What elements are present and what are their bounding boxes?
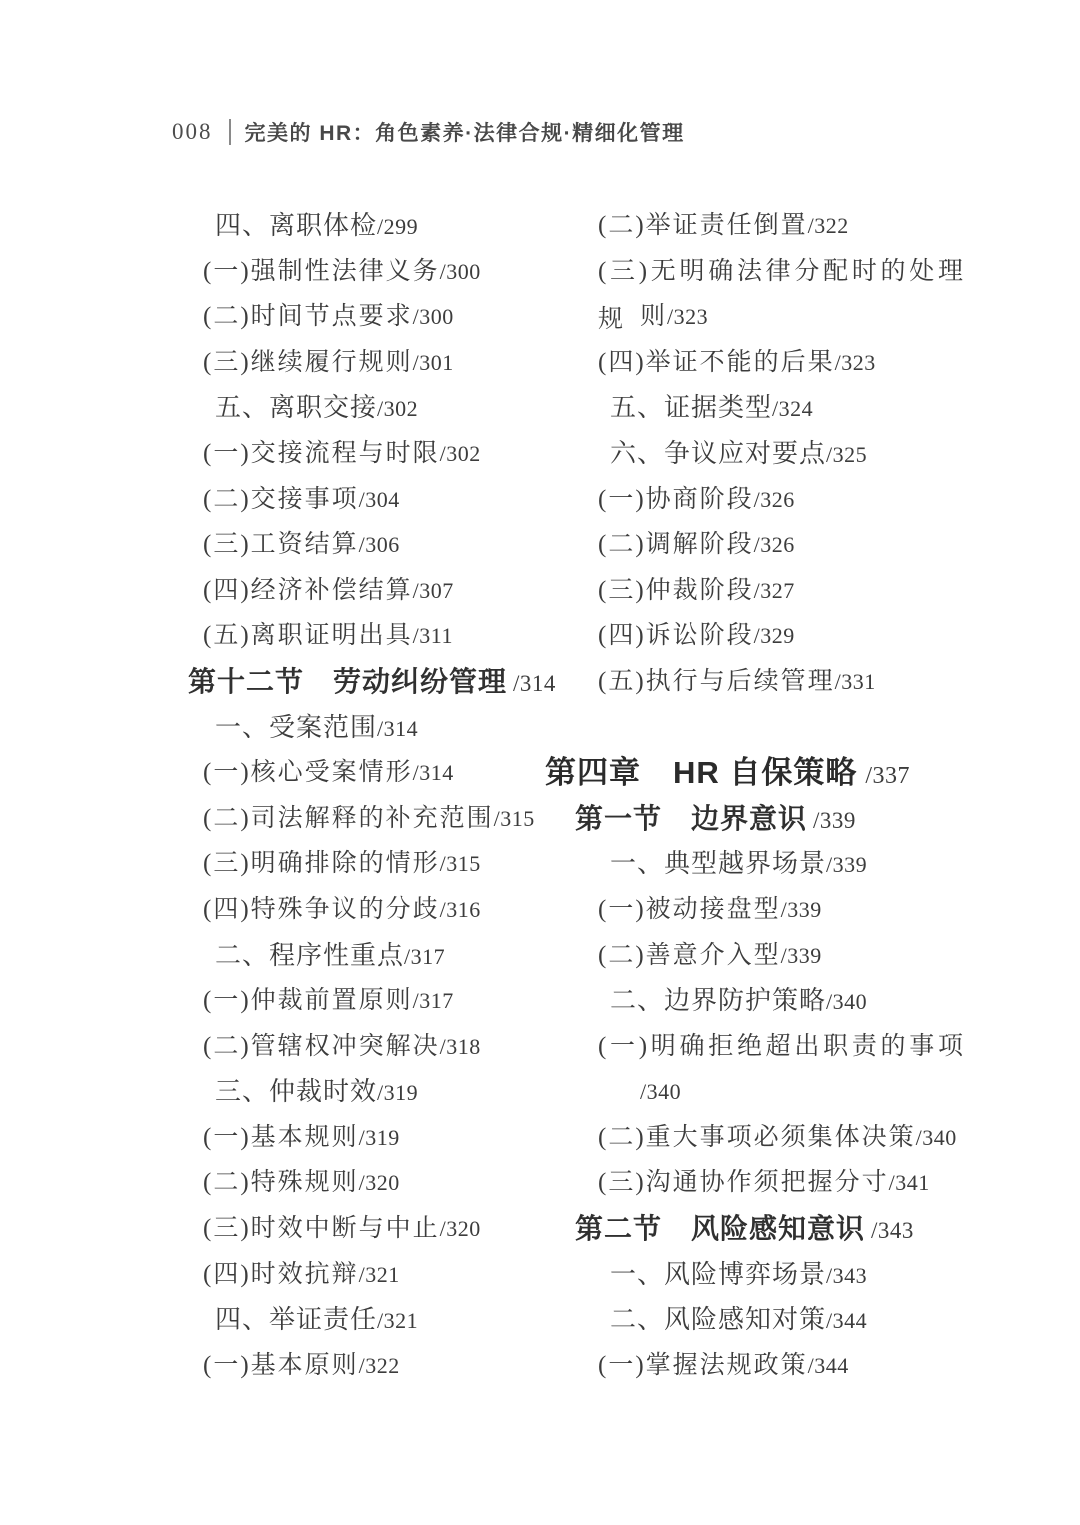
toc-entry-page: /323 [835, 350, 876, 375]
toc-entry-title: 四、离职体检 [215, 211, 377, 240]
toc-entry-title: (一)基本原则 [203, 1352, 359, 1379]
toc-entry: 五、离职交接/302 [215, 385, 583, 431]
toc-entry: 第四章 HR 自保策略/337 [545, 750, 965, 796]
toc-entry: (一)明确拒绝超出职责的事项 [598, 1024, 965, 1070]
toc-entry: (一)被动接盘型/339 [598, 887, 965, 933]
toc-entry-page: /340 [640, 1079, 681, 1104]
toc-entry-page: /320 [440, 1216, 481, 1241]
toc-entry-page: /322 [808, 213, 849, 238]
toc-entry: 一、典型越界场景/339 [610, 841, 965, 887]
toc-entry-title: 一、风险博弈场景 [610, 1260, 826, 1289]
book-page: 008 完美的 HR：角色素养·法律合规·精细化管理 四、离职体检/299(一)… [0, 0, 1080, 1525]
toc-entry: (一)交接流程与时限/302 [203, 431, 583, 477]
toc-entry-title: (四)时效抗辩 [203, 1261, 359, 1288]
toc-entry-page: /340 [826, 989, 867, 1014]
toc-entry-page: /327 [754, 578, 795, 603]
toc-entry-page: /302 [440, 441, 481, 466]
toc-entry-title: (三)仲裁阶段 [598, 577, 754, 604]
toc-entry-title: 一、典型越界场景 [610, 849, 826, 878]
toc-entry: (四)诉讼阶段/329 [598, 613, 965, 659]
toc-entry: 第一节 边界意识/339 [575, 796, 965, 842]
toc-entry-title: (三)沟通协作须把握分寸 [598, 1169, 889, 1196]
toc-entry-page: /325 [826, 442, 867, 467]
toc-entry-page: /329 [754, 623, 795, 648]
toc-entry-page: /339 [781, 897, 822, 922]
toc-entry: (三)沟通协作须把握分寸/341 [598, 1160, 965, 1206]
toc-entry-page: /323 [667, 304, 708, 329]
toc-entry: (一)基本原则/322 [203, 1343, 583, 1389]
toc-entry-page: /315 [494, 806, 535, 831]
toc-entry-title: 一、受案范围 [215, 713, 377, 742]
toc-spacer [545, 705, 965, 751]
toc-entry-title: 二、边界防护策略 [610, 986, 826, 1015]
toc-entry-title: (二)调解阶段 [598, 531, 754, 558]
toc-entry-title: 第四章 HR 自保策略 [545, 755, 857, 790]
toc-entry-title: (三)继续履行规则 [203, 349, 413, 376]
toc-entry-page: /315 [440, 851, 481, 876]
toc-entry-title: 二、风险感知对策 [610, 1305, 826, 1334]
toc-entry-title: (一)掌握法规政策 [598, 1352, 808, 1379]
toc-entry-page: /319 [377, 1080, 418, 1105]
toc-entry-page: /302 [377, 396, 418, 421]
toc-entry-title: (一)协商阶段 [598, 486, 754, 513]
toc-entry-title: 五、离职交接 [215, 393, 377, 422]
toc-entry: (四)特殊争议的分歧/316 [203, 887, 583, 933]
toc-entry-page: /343 [871, 1218, 914, 1243]
toc-entry-title: (四)经济补偿结算 [203, 577, 413, 604]
toc-entry: (一)仲裁前置原则/317 [203, 978, 583, 1024]
toc-entry-title: (五)执行与后续管理 [598, 668, 835, 695]
toc-entry: (一)核心受案情形/314 [203, 750, 583, 796]
toc-entry-page: /324 [772, 396, 813, 421]
toc-entry: 一、受案范围/314 [215, 705, 583, 751]
toc-entry-page: /316 [440, 897, 481, 922]
toc-entry-page: /300 [413, 304, 454, 329]
toc-entry-title: (二)交接事项 [203, 486, 359, 513]
toc-entry-title: 三、仲裁时效 [215, 1077, 377, 1106]
toc-entry-page: /331 [835, 669, 876, 694]
toc-entry: 三、仲裁时效/319 [215, 1069, 583, 1115]
toc-entry-title: (三)时效中断与中止 [203, 1215, 440, 1242]
toc-entry-page: /317 [404, 944, 445, 969]
toc-entry: 四、离职体检/299 [215, 203, 583, 249]
toc-entry-page: /299 [377, 214, 418, 239]
page-number: 008 [172, 119, 213, 145]
toc-entry: (三)时效中断与中止/320 [203, 1206, 583, 1252]
toc-entry-page: /314 [377, 716, 418, 741]
toc-entry: (四)时效抗辩/321 [203, 1252, 583, 1298]
toc-entry-title: (二)管辖权冲突解决 [203, 1033, 440, 1060]
toc-entry-page: /304 [359, 487, 400, 512]
toc-entry-title: (五)离职证明出具 [203, 622, 413, 649]
toc-entry-page: /321 [377, 1308, 418, 1333]
toc-entry-title: 二、程序性重点 [215, 941, 404, 970]
toc-column-left: 四、离职体检/299(一)强制性法律义务/300(二)时间节点要求/300(三)… [188, 203, 583, 1388]
toc-entry: (三)工资结算/306 [203, 522, 583, 568]
toc-entry: (二)举证责任倒置/322 [598, 203, 965, 249]
toc-entry: (二)管辖权冲突解决/318 [203, 1024, 583, 1070]
toc-entry-title: 五、证据类型 [610, 393, 772, 422]
toc-entry-page: /317 [413, 988, 454, 1013]
toc-entry-title: (一)核心受案情形 [203, 759, 413, 786]
toc-entry-page: /339 [826, 852, 867, 877]
toc-entry-page: /320 [359, 1170, 400, 1195]
toc-entry: 二、程序性重点/317 [215, 933, 583, 979]
toc-entry-title: (四)诉讼阶段 [598, 622, 754, 649]
toc-entry: (三)继续履行规则/301 [203, 340, 583, 386]
toc-entry: (三)仲裁阶段/327 [598, 568, 965, 614]
toc-entry-title: (二)举证责任倒置 [598, 212, 808, 239]
toc-entry: 二、风险感知对策/344 [610, 1297, 965, 1343]
toc-entry: (二)司法解释的补充范围/315 [203, 796, 583, 842]
toc-entry-page: /322 [359, 1353, 400, 1378]
page-header: 008 完美的 HR：角色素养·法律合规·精细化管理 [172, 116, 685, 148]
toc-entry-title: (一)仲裁前置原则 [203, 987, 413, 1014]
toc-entry: 六、争议应对要点/325 [610, 431, 965, 477]
toc-column-right: (二)举证责任倒置/322(三)无明确法律分配时的处理规则/323(四)举证不能… [545, 203, 965, 1388]
toc-entry: (四)举证不能的后果/323 [598, 340, 965, 386]
toc-entry-page: /341 [889, 1170, 930, 1195]
toc-entry: (四)经济补偿结算/307 [203, 568, 583, 614]
toc-entry: 则/323 [640, 294, 965, 340]
toc-entry-page: /339 [813, 808, 856, 833]
toc-entry-page: /343 [826, 1263, 867, 1288]
toc-entry-page: /307 [413, 578, 454, 603]
toc-entry: (二)调解阶段/326 [598, 522, 965, 568]
toc-entry-page: /311 [413, 623, 453, 648]
toc-entry-title: (二)时间节点要求 [203, 303, 413, 330]
toc-entry-title: (一)基本规则 [203, 1124, 359, 1151]
toc-entry: 四、举证责任/321 [215, 1297, 583, 1343]
toc-entry: (三)无明确法律分配时的处理规 [598, 249, 965, 295]
toc-entry-title: 六、争议应对要点 [610, 439, 826, 468]
toc-entry-title: (一)被动接盘型 [598, 896, 781, 923]
toc-entry-page: /337 [865, 763, 910, 789]
toc-entry-title: (二)特殊规则 [203, 1169, 359, 1196]
toc-entry: (一)基本规则/319 [203, 1115, 583, 1161]
toc-entry-page: /326 [754, 487, 795, 512]
toc-entry: (一)掌握法规政策/344 [598, 1343, 965, 1389]
toc-entry: (二)善意介入型/339 [598, 933, 965, 979]
toc-entry-title: (四)举证不能的后果 [598, 349, 835, 376]
toc-entry-title: (三)明确排除的情形 [203, 850, 440, 877]
toc-entry-page: /314 [413, 760, 454, 785]
toc-entry-title: (一)明确拒绝超出职责的事项 [598, 1033, 965, 1060]
toc-entry: 五、证据类型/324 [610, 385, 965, 431]
toc-entry-page: /300 [440, 259, 481, 284]
toc-entry: 二、边界防护策略/340 [610, 978, 965, 1024]
toc-entry-page: /344 [826, 1308, 867, 1333]
toc-entry-page: /301 [413, 350, 454, 375]
toc-entry-title: (二)重大事项必须集体决策 [598, 1124, 916, 1151]
toc-entry: 第二节 风险感知意识/343 [575, 1206, 965, 1252]
toc-entry: (五)离职证明出具/311 [203, 613, 583, 659]
toc-entry-title: (四)特殊争议的分歧 [203, 896, 440, 923]
toc-entry-page: /340 [916, 1125, 957, 1150]
toc-entry: 第十二节 劳动纠纷管理/314 [188, 659, 583, 705]
toc-entry-title: (一)强制性法律义务 [203, 258, 440, 285]
toc-entry-title: 第十二节 劳动纠纷管理 [188, 666, 507, 697]
toc-entry-title: (三)工资结算 [203, 531, 359, 558]
toc-entry: (二)时间节点要求/300 [203, 294, 583, 340]
toc-entry: /340 [640, 1069, 965, 1115]
running-head-title: 完美的 HR：角色素养·法律合规·精细化管理 [245, 117, 685, 147]
toc-entry-page: /306 [359, 532, 400, 557]
toc-entry-title: 四、举证责任 [215, 1305, 377, 1334]
toc-entry-page: /326 [754, 532, 795, 557]
toc-entry-page: /319 [359, 1125, 400, 1150]
toc-entry: (一)协商阶段/326 [598, 477, 965, 523]
header-divider [229, 119, 231, 145]
toc-entry: (五)执行与后续管理/331 [598, 659, 965, 705]
toc-entry-page: /321 [359, 1262, 400, 1287]
toc-entry: (一)强制性法律义务/300 [203, 249, 583, 295]
toc-entry-page: /344 [808, 1353, 849, 1378]
toc-entry-title: 第一节 边界意识 [575, 803, 807, 834]
toc-entry-page: /318 [440, 1034, 481, 1059]
toc-entry: (三)明确排除的情形/315 [203, 841, 583, 887]
toc-entry: (二)交接事项/304 [203, 477, 583, 523]
toc-entry-title: (二)善意介入型 [598, 942, 781, 969]
toc-entry: (二)特殊规则/320 [203, 1160, 583, 1206]
toc-entry: (二)重大事项必须集体决策/340 [598, 1115, 965, 1161]
toc-entry-title: (一)交接流程与时限 [203, 440, 440, 467]
toc-entry-title: (二)司法解释的补充范围 [203, 805, 494, 832]
toc-entry-page: /339 [781, 943, 822, 968]
toc-entry-title: 第二节 风险感知意识 [575, 1213, 865, 1244]
toc-entry-title: 则 [640, 303, 667, 330]
toc-entry: 一、风险博弈场景/343 [610, 1252, 965, 1298]
